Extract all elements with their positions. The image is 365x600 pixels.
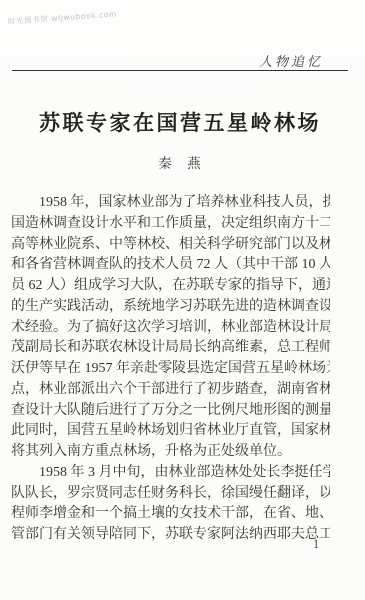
body-text-line: 点，林业部派出六个干部进行了初步踏查，湖南省林业调 [11,380,330,401]
body-text-line: 队队长，罗宗贤同志任财务科长，徐国缦任翻译，以及工 [11,484,330,505]
body-text-line: 员 62 人）组成学习大队，在苏联专家的指导下，通过具体 [11,276,330,297]
scanned-book-page: 时光图书馆 wljwubook.com 人物追忆 苏联专家在国营五星岭林场 秦 … [0,0,365,600]
body-text-line: 的生产实践活动，系统地学习苏联先进的造林调查设计技 [11,297,330,318]
body-text-line: 程师李增金和一个搞土壤的女技术干部，在省、地、县主 [11,504,330,525]
running-header-section-label: 人物追忆 [259,51,323,70]
header-rule-divider [12,70,348,71]
body-text-line: 此同时，国营五星岭林场划归省林业厅直管，国家林业部 [11,421,330,442]
article-title: 苏联专家在国营五星岭林场 [12,107,348,137]
body-text-line: 和各省营林调查队的技术人员 72 人（其中干部 10 人，学 [11,255,330,276]
body-text-line: 查设计大队随后进行了万分之一比例尺地形图的测量，与 [11,401,330,422]
library-watermark: 时光图书馆 wljwubook.com [8,8,118,27]
page-number: 1 [313,537,319,552]
body-text-line: 1958 年 3 月中旬，由林业部造林处处长李挺任学习大 [11,463,330,484]
body-text-line: 茂副局长和苏联农林设计局局长纳高维素，总工程师洛佐 [11,338,330,359]
body-text-line: 术经验。为了搞好这次学习培训，林业部造林设计局王金 [11,318,330,339]
article-body: 1958 年，国家林业部为了培养林业科技人员，提高我国造林调查设计水平和工作质量… [11,193,330,546]
body-text-line: 1958 年，国家林业部为了培养林业科技人员，提高我 [11,193,330,214]
body-text-line: 将其列入南方重点林场，升格为正处级单位。 [11,442,330,463]
body-text-line: 国造林调查设计水平和工作质量，决定组织南方十二个省 [11,214,330,235]
body-text-line: 管部门有关领导陪同下，苏联专家阿法纳西耶夫总工程师， [11,525,330,546]
body-text-line: 高等林业院系、中等林校、相关科学研究部门以及林业部 [11,235,330,256]
article-author: 秦 燕 [12,152,348,172]
body-text-line: 沃伊等早在 1957 年亲赴零陵县选定国营五星岭林场为试 [11,359,330,380]
